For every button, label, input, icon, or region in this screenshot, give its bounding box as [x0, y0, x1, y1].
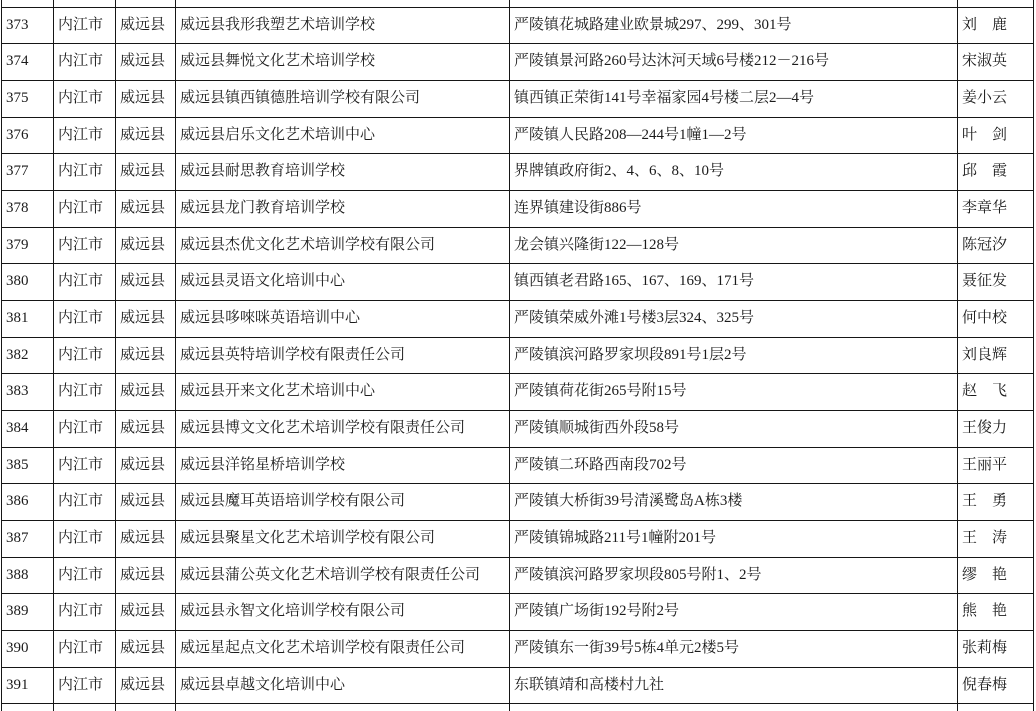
cell-empty [54, 704, 116, 711]
table-row: 387 内江市 威远县 威远县聚星文化艺术培训学校有限公司 严陵镇锦城路211号… [2, 520, 1034, 557]
cell-county: 威远县 [116, 447, 176, 484]
cell-sequence-number: 384 [2, 410, 54, 447]
cell-contact-name: 邱 霞 [958, 154, 1034, 191]
cell-school-name: 威远县聚星文化艺术培训学校有限公司 [176, 520, 510, 557]
cell-county: 威远县 [116, 190, 176, 227]
cell-empty [2, 704, 54, 711]
cell-sequence-number: 390 [2, 630, 54, 667]
partial-row-below [2, 704, 1034, 711]
cell-contact-name: 何中校 [958, 300, 1034, 337]
cell-school-name: 威远县我形我塑艺术培训学校 [176, 7, 510, 44]
table-row: 377 内江市 威远县 威远县耐思教育培训学校 界牌镇政府街2、4、6、8、10… [2, 154, 1034, 191]
cell-city: 内江市 [54, 374, 116, 411]
partial-row-above [2, 0, 1034, 7]
table-row: 390 内江市 威远县 威远星起点文化艺术培训学校有限责任公司 严陵镇东一街39… [2, 630, 1034, 667]
cell-city: 内江市 [54, 44, 116, 81]
cell-county: 威远县 [116, 484, 176, 521]
cell-county: 威远县 [116, 264, 176, 301]
cell-address: 严陵镇景河路260号达沐河天域6号楼212－216号 [510, 44, 958, 81]
cell-county: 威远县 [116, 227, 176, 264]
table-row: 379 内江市 威远县 威远县杰优文化艺术培训学校有限公司 龙会镇兴隆街122—… [2, 227, 1034, 264]
cell-school-name: 威远县永智文化培训学校有限公司 [176, 594, 510, 631]
cell-empty [958, 0, 1034, 7]
cell-sequence-number: 373 [2, 7, 54, 44]
cell-address: 严陵镇人民路208—244号1幢1—2号 [510, 117, 958, 154]
cell-city: 内江市 [54, 594, 116, 631]
cell-address: 严陵镇广场街192号附2号 [510, 594, 958, 631]
cell-address: 严陵镇东一街39号5栋4单元2楼5号 [510, 630, 958, 667]
cell-sequence-number: 386 [2, 484, 54, 521]
cell-county: 威远县 [116, 557, 176, 594]
cell-sequence-number: 376 [2, 117, 54, 154]
cell-sequence-number: 378 [2, 190, 54, 227]
cell-sequence-number: 382 [2, 337, 54, 374]
cell-contact-name: 刘良辉 [958, 337, 1034, 374]
cell-contact-name: 赵 飞 [958, 374, 1034, 411]
cell-contact-name: 倪春梅 [958, 667, 1034, 704]
cell-contact-name: 陈冠汐 [958, 227, 1034, 264]
cell-city: 内江市 [54, 117, 116, 154]
cell-contact-name: 张莉梅 [958, 630, 1034, 667]
cell-sequence-number: 383 [2, 374, 54, 411]
table-row: 385 内江市 威远县 威远县洋铭星桥培训学校 严陵镇二环路西南段702号 王丽… [2, 447, 1034, 484]
cell-contact-name: 刘 鹿 [958, 7, 1034, 44]
cell-contact-name: 叶 剑 [958, 117, 1034, 154]
cell-contact-name: 姜小云 [958, 80, 1034, 117]
cell-contact-name: 熊 艳 [958, 594, 1034, 631]
training-schools-table: 373 内江市 威远县 威远县我形我塑艺术培训学校 严陵镇花城路建业欧景城297… [1, 0, 1034, 711]
cell-school-name: 威远县英特培训学校有限责任公司 [176, 337, 510, 374]
cell-city: 内江市 [54, 337, 116, 374]
cell-county: 威远县 [116, 594, 176, 631]
table-row: 375 内江市 威远县 威远县镇西镇德胜培训学校有限公司 镇西镇正荣街141号幸… [2, 80, 1034, 117]
cell-empty [176, 0, 510, 7]
cell-address: 龙会镇兴隆街122—128号 [510, 227, 958, 264]
cell-address: 严陵镇滨河路罗家坝段891号1层2号 [510, 337, 958, 374]
cell-school-name: 威远县杰优文化艺术培训学校有限公司 [176, 227, 510, 264]
cell-city: 内江市 [54, 630, 116, 667]
table-row: 389 内江市 威远县 威远县永智文化培训学校有限公司 严陵镇广场街192号附2… [2, 594, 1034, 631]
cell-contact-name: 王 涛 [958, 520, 1034, 557]
cell-sequence-number: 381 [2, 300, 54, 337]
cell-sequence-number: 391 [2, 667, 54, 704]
cell-city: 内江市 [54, 227, 116, 264]
table-row: 376 内江市 威远县 威远县启乐文化艺术培训中心 严陵镇人民路208—244号… [2, 117, 1034, 154]
cell-address: 严陵镇滨河路罗家坝段805号附1、2号 [510, 557, 958, 594]
cell-county: 威远县 [116, 630, 176, 667]
cell-contact-name: 聂征发 [958, 264, 1034, 301]
cell-county: 威远县 [116, 374, 176, 411]
cell-address: 严陵镇荷花街265号附15号 [510, 374, 958, 411]
cell-address: 镇西镇正荣街141号幸福家园4号楼二层2—4号 [510, 80, 958, 117]
cell-sequence-number: 379 [2, 227, 54, 264]
cell-school-name: 威远县洋铭星桥培训学校 [176, 447, 510, 484]
cell-address: 严陵镇二环路西南段702号 [510, 447, 958, 484]
table-row: 374 内江市 威远县 威远县舞悦文化艺术培训学校 严陵镇景河路260号达沐河天… [2, 44, 1034, 81]
cell-school-name: 威远县开来文化艺术培训中心 [176, 374, 510, 411]
cell-empty [958, 704, 1034, 711]
cell-school-name: 威远县灵语文化培训中心 [176, 264, 510, 301]
table-row: 378 内江市 威远县 威远县龙门教育培训学校 连界镇建设街886号 李章华 [2, 190, 1034, 227]
cell-address: 镇西镇老君路165、167、169、171号 [510, 264, 958, 301]
table-row: 383 内江市 威远县 威远县开来文化艺术培训中心 严陵镇荷花街265号附15号… [2, 374, 1034, 411]
cell-county: 威远县 [116, 520, 176, 557]
cell-school-name: 威远县哆唻咪英语培训中心 [176, 300, 510, 337]
cell-city: 内江市 [54, 264, 116, 301]
cell-county: 威远县 [116, 410, 176, 447]
table-row: 391 内江市 威远县 威远县卓越文化培训中心 东联镇靖和高楼村九社 倪春梅 [2, 667, 1034, 704]
document-page: 373 内江市 威远县 威远县我形我塑艺术培训学校 严陵镇花城路建业欧景城297… [0, 0, 1036, 711]
cell-contact-name: 缪 艳 [958, 557, 1034, 594]
cell-sequence-number: 389 [2, 594, 54, 631]
cell-sequence-number: 388 [2, 557, 54, 594]
cell-contact-name: 李章华 [958, 190, 1034, 227]
cell-city: 内江市 [54, 520, 116, 557]
cell-city: 内江市 [54, 410, 116, 447]
cell-address: 严陵镇顺城街西外段58号 [510, 410, 958, 447]
cell-city: 内江市 [54, 447, 116, 484]
cell-city: 内江市 [54, 484, 116, 521]
cell-address: 连界镇建设街886号 [510, 190, 958, 227]
cell-city: 内江市 [54, 190, 116, 227]
cell-empty [116, 704, 176, 711]
cell-school-name: 威远县蒲公英文化艺术培训学校有限责任公司 [176, 557, 510, 594]
cell-contact-name: 王俊力 [958, 410, 1034, 447]
cell-empty [116, 0, 176, 7]
cell-address: 严陵镇荣威外滩1号楼3层324、325号 [510, 300, 958, 337]
table-row: 382 内江市 威远县 威远县英特培训学校有限责任公司 严陵镇滨河路罗家坝段89… [2, 337, 1034, 374]
cell-county: 威远县 [116, 300, 176, 337]
cell-address: 严陵镇花城路建业欧景城297、299、301号 [510, 7, 958, 44]
cell-sequence-number: 380 [2, 264, 54, 301]
table-row: 373 内江市 威远县 威远县我形我塑艺术培训学校 严陵镇花城路建业欧景城297… [2, 7, 1034, 44]
table-row: 386 内江市 威远县 威远县魔耳英语培训学校有限公司 严陵镇大桥街39号清溪鹭… [2, 484, 1034, 521]
cell-county: 威远县 [116, 80, 176, 117]
cell-address: 界牌镇政府街2、4、6、8、10号 [510, 154, 958, 191]
cell-county: 威远县 [116, 44, 176, 81]
cell-city: 内江市 [54, 557, 116, 594]
cell-address: 严陵镇锦城路211号1幢附201号 [510, 520, 958, 557]
table-body: 373 内江市 威远县 威远县我形我塑艺术培训学校 严陵镇花城路建业欧景城297… [2, 0, 1034, 711]
cell-school-name: 威远县启乐文化艺术培训中心 [176, 117, 510, 154]
cell-city: 内江市 [54, 80, 116, 117]
cell-city: 内江市 [54, 7, 116, 44]
cell-empty [2, 0, 54, 7]
cell-county: 威远县 [116, 337, 176, 374]
cell-school-name: 威远县魔耳英语培训学校有限公司 [176, 484, 510, 521]
cell-school-name: 威远县龙门教育培训学校 [176, 190, 510, 227]
cell-contact-name: 王 勇 [958, 484, 1034, 521]
table-row: 381 内江市 威远县 威远县哆唻咪英语培训中心 严陵镇荣威外滩1号楼3层324… [2, 300, 1034, 337]
cell-county: 威远县 [116, 154, 176, 191]
cell-address: 严陵镇大桥街39号清溪鹭岛A栋3楼 [510, 484, 958, 521]
table-row: 384 内江市 威远县 威远县博文文化艺术培训学校有限责任公司 严陵镇顺城街西外… [2, 410, 1034, 447]
cell-county: 威远县 [116, 117, 176, 154]
cell-city: 内江市 [54, 300, 116, 337]
cell-sequence-number: 374 [2, 44, 54, 81]
cell-city: 内江市 [54, 667, 116, 704]
cell-empty [510, 0, 958, 7]
cell-school-name: 威远县博文文化艺术培训学校有限责任公司 [176, 410, 510, 447]
table-row: 380 内江市 威远县 威远县灵语文化培训中心 镇西镇老君路165、167、16… [2, 264, 1034, 301]
cell-contact-name: 宋淑英 [958, 44, 1034, 81]
cell-sequence-number: 377 [2, 154, 54, 191]
cell-county: 威远县 [116, 7, 176, 44]
cell-school-name: 威远星起点文化艺术培训学校有限责任公司 [176, 630, 510, 667]
cell-address: 东联镇靖和高楼村九社 [510, 667, 958, 704]
cell-school-name: 威远县耐思教育培训学校 [176, 154, 510, 191]
table-row: 388 内江市 威远县 威远县蒲公英文化艺术培训学校有限责任公司 严陵镇滨河路罗… [2, 557, 1034, 594]
cell-sequence-number: 385 [2, 447, 54, 484]
cell-empty [510, 704, 958, 711]
cell-sequence-number: 387 [2, 520, 54, 557]
cell-county: 威远县 [116, 667, 176, 704]
cell-school-name: 威远县舞悦文化艺术培训学校 [176, 44, 510, 81]
cell-empty [54, 0, 116, 7]
cell-city: 内江市 [54, 154, 116, 191]
cell-empty [176, 704, 510, 711]
cell-school-name: 威远县卓越文化培训中心 [176, 667, 510, 704]
cell-sequence-number: 375 [2, 80, 54, 117]
cell-school-name: 威远县镇西镇德胜培训学校有限公司 [176, 80, 510, 117]
cell-contact-name: 王丽平 [958, 447, 1034, 484]
